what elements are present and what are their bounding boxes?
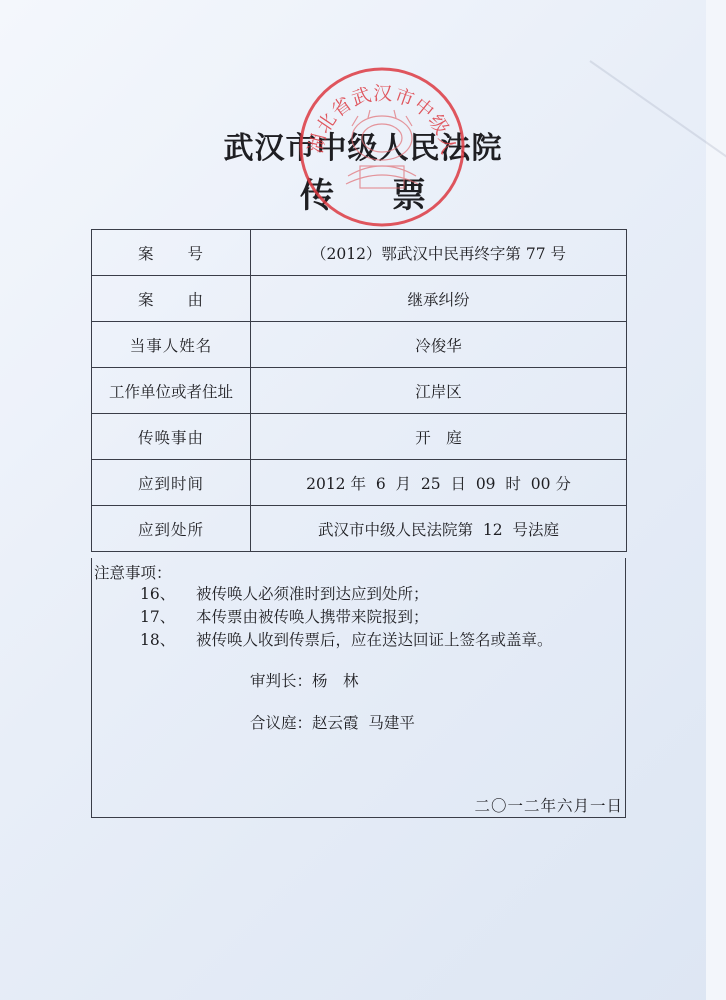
document-type-heading: 传票 <box>0 168 726 217</box>
field-label: 案 号 <box>92 230 251 276</box>
table-row: 应到时间 2012 年 6 月 25 日 09 时 00 分 <box>92 460 627 506</box>
table-row: 工作单位或者住址 江岸区 <box>92 368 627 414</box>
note-number: 17、 <box>140 605 175 627</box>
notes-box: 注意事项： 16、 被传唤人必须准时到达应到处所； 17、 本传票由被传唤人携带… <box>91 558 626 818</box>
table-row: 案 号 （2012）鄂武汉中民再终字第 77 号 <box>92 230 627 276</box>
field-label: 传唤事由 <box>92 414 251 460</box>
field-value-case-number: （2012）鄂武汉中民再终字第 77 号 <box>251 230 627 276</box>
note-number: 18、 <box>140 628 175 650</box>
table-row: 应到处所 武汉市中级人民法院第 12 号法庭 <box>92 506 627 552</box>
field-label: 应到时间 <box>92 460 251 506</box>
note-text: 被传唤人必须准时到达应到处所； <box>196 582 429 604</box>
presiding-judge: 审判长：杨 林 <box>250 669 359 691</box>
table-row: 传唤事由 开 庭 <box>92 414 627 460</box>
field-label: 当事人姓名 <box>92 322 251 368</box>
field-value-address: 江岸区 <box>251 368 627 414</box>
field-value-summons-reason: 开 庭 <box>251 414 627 460</box>
doc-type-char-2: 票 <box>392 168 426 217</box>
field-value-appearance-time: 2012 年 6 月 25 日 09 时 00 分 <box>251 460 627 506</box>
field-label: 应到处所 <box>92 506 251 552</box>
note-text: 本传票由被传唤人携带来院报到； <box>196 605 429 627</box>
note-text: 被传唤人收到传票后，应在送达回证上签名或盖章。 <box>196 628 553 650</box>
summons-table: 案 号 （2012）鄂武汉中民再终字第 77 号 案 由 继承纠纷 当事人姓名 … <box>91 229 627 552</box>
field-label: 工作单位或者住址 <box>92 368 251 414</box>
note-number: 16、 <box>140 582 175 604</box>
table-row: 当事人姓名 冷俊华 <box>92 322 627 368</box>
field-value-appearance-place: 武汉市中级人民法院第 12 号法庭 <box>251 506 627 552</box>
collegial-panel: 合议庭：赵云霞 马建平 <box>250 711 415 733</box>
field-value-cause: 继承纠纷 <box>251 276 627 322</box>
notes-title: 注意事项： <box>94 561 172 583</box>
field-label: 案 由 <box>92 276 251 322</box>
table-row: 案 由 继承纠纷 <box>92 276 627 322</box>
issue-date: 二〇一二年六月一日 <box>474 794 623 816</box>
field-value-party-name: 冷俊华 <box>251 322 627 368</box>
doc-type-char-1: 传 <box>300 168 334 217</box>
court-name-heading: 武汉市中级人民法院 <box>0 123 726 167</box>
